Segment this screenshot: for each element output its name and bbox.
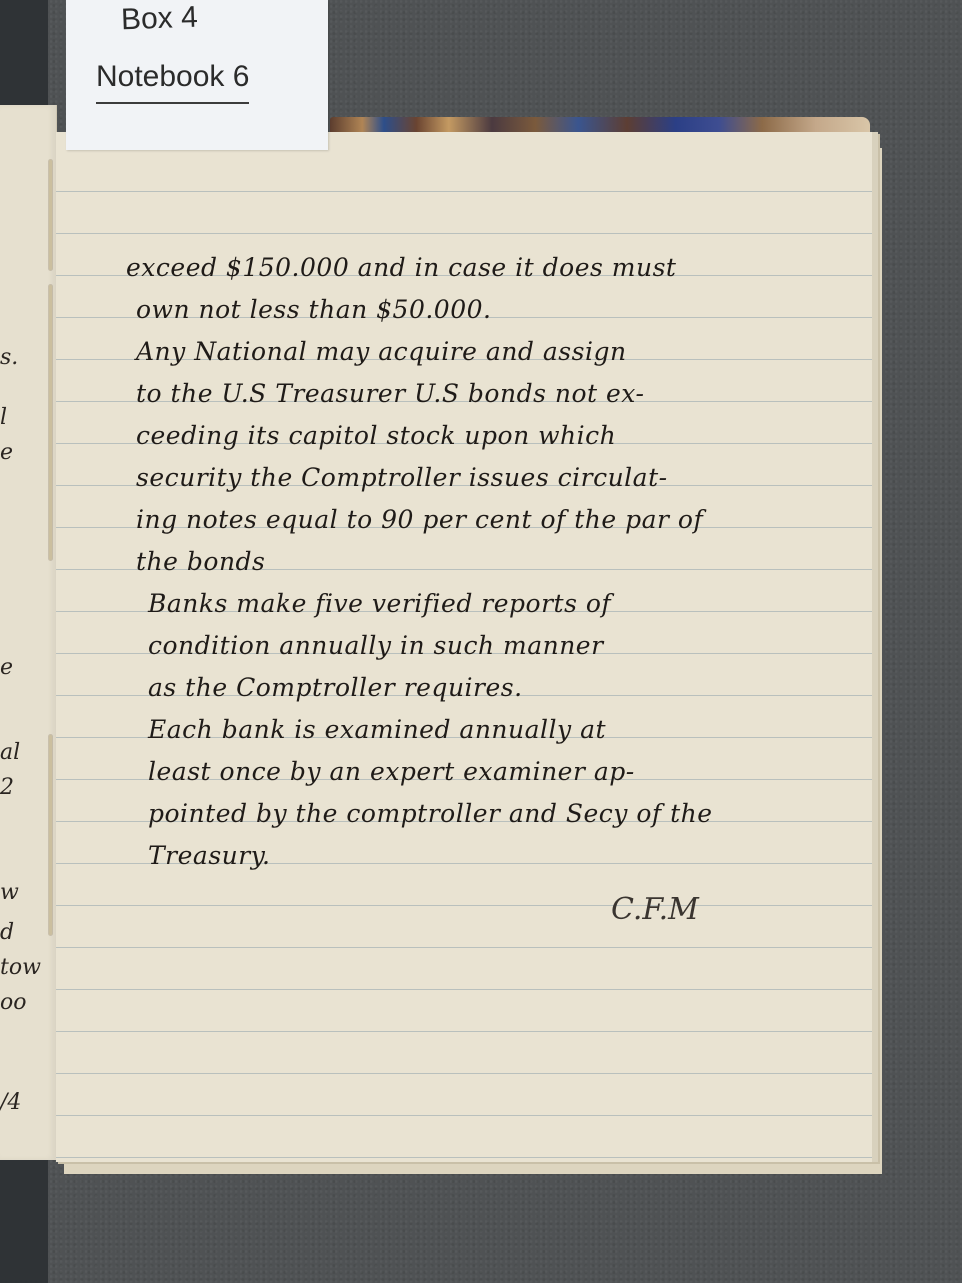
left-page-fragment: 2 xyxy=(0,775,14,800)
handwritten-text: exceed $150.000 and in case it does must… xyxy=(126,247,886,877)
binding-stitch xyxy=(49,285,52,560)
signature-initials: C.F.M xyxy=(611,892,699,927)
binding-stitch xyxy=(49,160,52,270)
text-line: exceed $150.000 and in case it does must xyxy=(126,247,886,289)
left-page-fragment: al xyxy=(0,740,20,765)
notebook-number-label: Notebook 6 xyxy=(96,60,249,104)
box-number-label: Box 4 xyxy=(120,1,198,38)
text-line: ceeding its capitol stock upon which xyxy=(126,415,886,457)
text-line: as the Comptroller requires. xyxy=(126,667,886,709)
left-page-fragment: tow xyxy=(0,955,41,980)
text-line: ing notes equal to 90 per cent of the pa… xyxy=(126,499,886,541)
text-line: pointed by the comptroller and Secy of t… xyxy=(126,793,886,835)
left-page-fragment: /4 xyxy=(0,1090,21,1115)
left-page-fragment: d xyxy=(0,920,14,945)
left-page-fragment: oo xyxy=(0,990,27,1015)
text-line: Treasury. xyxy=(126,835,886,877)
text-line: Any National may acquire and assign xyxy=(126,331,886,373)
text-line: condition annually in such manner xyxy=(126,625,886,667)
text-line: security the Comptroller issues circulat… xyxy=(126,457,886,499)
left-page-fragment: s. xyxy=(0,345,18,370)
archive-label-card: Box 4 Notebook 6 xyxy=(66,0,328,150)
notebook-page: exceed $150.000 and in case it does must… xyxy=(56,132,878,1162)
text-line: Banks make five verified reports of xyxy=(126,583,886,625)
text-line: own not less than $50.000. xyxy=(126,289,886,331)
text-line: the bonds xyxy=(126,541,886,583)
left-page-fragment: w xyxy=(0,880,19,905)
left-page-fragment: l xyxy=(0,405,7,430)
binding-stitch xyxy=(49,735,52,935)
left-page-fragment: e xyxy=(0,655,13,680)
left-page-fragment: e xyxy=(0,440,13,465)
text-line: to the U.S Treasurer U.S bonds not ex- xyxy=(126,373,886,415)
text-line: least once by an expert examiner ap- xyxy=(126,751,886,793)
text-line: Each bank is examined annually at xyxy=(126,709,886,751)
